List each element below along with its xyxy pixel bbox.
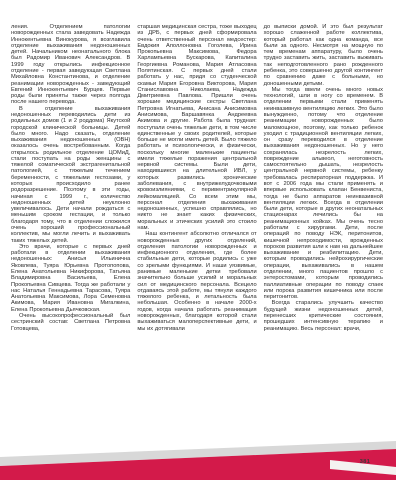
paragraph: Наш контингент абсолютно отличался от но…	[137, 231, 256, 332]
paragraph: ления. Отделением патологии новорожденны…	[11, 24, 130, 106]
paragraph: старшая медицинская сестра, тоже выходец…	[137, 24, 256, 231]
text-column-1: ления. Отделением патологии новорожденны…	[11, 24, 130, 332]
text-column-2: старшая медицинская сестра, тоже выходец…	[137, 24, 256, 332]
book-page: ления. Отделением патологии новорожденны…	[0, 0, 396, 480]
paragraph: Всегда старались улучшить качество будущ…	[264, 300, 383, 331]
paragraph: Это врачи, которые с первых дней работал…	[11, 244, 130, 313]
page-number: 381	[352, 459, 378, 465]
text-column-3: до выписки домой. И это был результат хо…	[264, 24, 383, 332]
paragraph: В отделение выхаживания недоношенных пер…	[11, 106, 130, 244]
paragraph: Мы тогда ввели очень много новых техноло…	[264, 87, 383, 301]
text-columns: ления. Отделением патологии новорожденны…	[11, 24, 383, 332]
paragraph: Очень высокопрофессиональный был сестрин…	[11, 313, 130, 332]
paragraph: до выписки домой. И это был результат хо…	[264, 24, 383, 87]
footer-ribbon	[0, 435, 396, 480]
